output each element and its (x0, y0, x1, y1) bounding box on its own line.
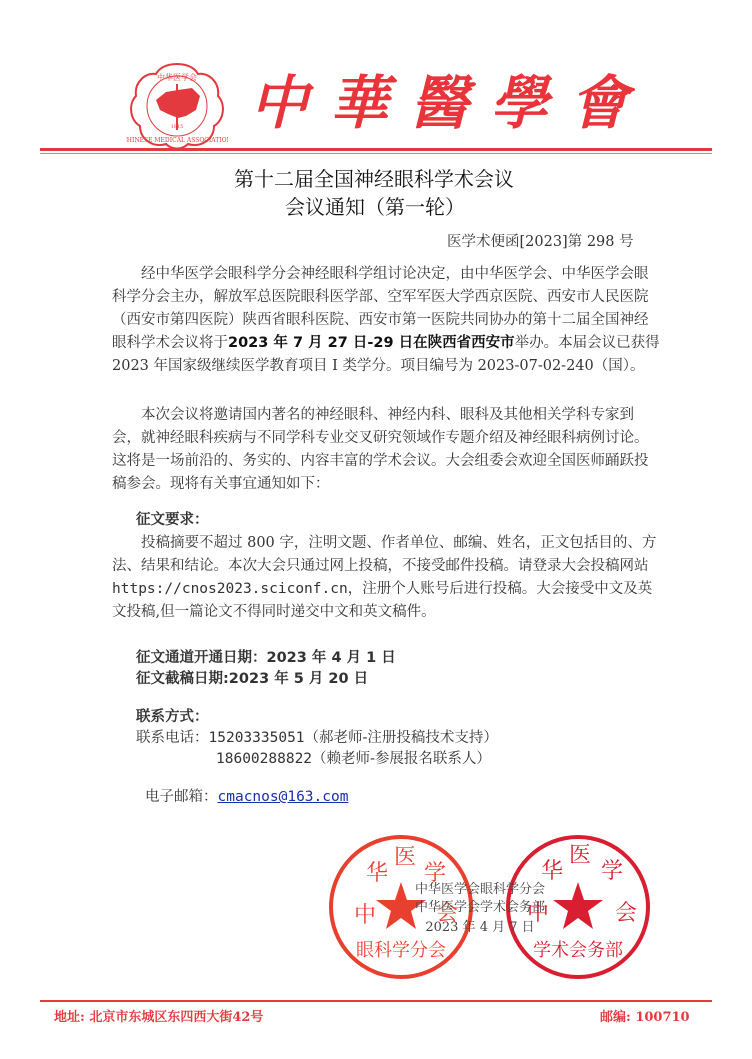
svg-text:学术会务部: 学术会务部 (533, 940, 623, 961)
phone-number: 18600288822 (216, 751, 312, 767)
cma-emblem-icon: 中华医学会 CHINESE MEDICAL ASSOCIATION 1915 (126, 60, 228, 150)
paragraph-invitation: 本次会议将邀请国内著名的神经眼科、神经内科、眼科及其他相关学科专家到会，就神经眼… (112, 404, 660, 496)
email-link[interactable]: cmacnos@163.com (218, 789, 349, 805)
phone-note: （赖老师-参展报名联系人） (312, 751, 491, 767)
svg-text:医: 医 (394, 845, 416, 870)
document-subtitle: 会议通知（第一轮） (285, 191, 465, 220)
svg-text:会: 会 (615, 901, 637, 926)
footer-postcode: 邮编: 100710 (600, 1006, 690, 1025)
paragraph-intro: 经中华医学会眼科学分会神经眼科学组讨论决定，由中华医学会、中华医学会眼科学分会主… (112, 263, 660, 378)
header-rule-thin (40, 153, 712, 154)
phone-number: 15203335051 (209, 730, 305, 746)
submission-deadline: 征文截稿日期:2023 年 5 月 20 日 (136, 668, 368, 691)
intro-date-location: 2023 年 7 月 27 日-29 日在陕西省西安市 (228, 335, 515, 351)
contact-heading: 联系方式： (136, 706, 209, 729)
brand-calligraphy: 中華醫學會 (250, 58, 650, 148)
svg-text:中华医学会: 中华医学会 (157, 72, 197, 82)
signature-org-2: 中华医学会学术会务部 (400, 899, 560, 916)
svg-text:1915: 1915 (171, 124, 184, 130)
signature-org-1: 中华医学会眼科学分会 (400, 881, 560, 898)
submission-url[interactable]: https://cnos2023.sciconf.cn (112, 581, 348, 597)
svg-text:中: 中 (354, 903, 376, 928)
footer-rule (40, 1000, 712, 1002)
email-label: 电子邮箱： (145, 789, 218, 805)
document-number: 医学术便函[2023]第 298 号 (447, 230, 634, 251)
contact-phone-1: 联系电话：15203335051（郝老师-注册投稿技术支持） (136, 727, 498, 750)
submission-text: 投稿摘要不超过 800 字，注明文题、作者单位、邮编、姓名，正文包括目的、方法、… (112, 535, 656, 574)
phone-label: 联系电话： (136, 730, 209, 746)
header-rule (40, 148, 712, 151)
submission-open-date: 征文通道开通日期：2023 年 4 月 1 日 (136, 647, 396, 670)
svg-text:华: 华 (366, 861, 388, 886)
submission-heading: 征文要求： (136, 509, 209, 532)
footer-address: 地址: 北京市东城区东四西大街42号 (54, 1006, 263, 1025)
invitation-text: 本次会议将邀请国内著名的神经眼科、神经内科、眼科及其他相关学科专家到会，就神经眼… (112, 404, 660, 496)
document-title: 第十二届全国神经眼科学术会议 (234, 163, 514, 192)
submission-requirements: 投稿摘要不超过 800 字，注明文题、作者单位、邮编、姓名，正文包括目的、方法、… (112, 532, 660, 624)
contact-phone-2: 18600288822（赖老师-参展报名联系人） (216, 748, 491, 771)
signature-date: 2023 年 4 月 7 日 (400, 919, 560, 936)
contact-email: 电子邮箱：cmacnos@163.com (145, 786, 348, 809)
svg-text:眼科学分会: 眼科学分会 (356, 940, 446, 961)
phone-note: （郝老师-注册投稿技术支持） (305, 730, 498, 746)
svg-text:CHINESE MEDICAL ASSOCIATION: CHINESE MEDICAL ASSOCIATION (126, 137, 228, 144)
svg-text:学: 学 (601, 859, 623, 884)
cma-logo: 中华医学会 CHINESE MEDICAL ASSOCIATION 1915 (126, 60, 228, 150)
svg-text:医: 医 (569, 843, 591, 868)
